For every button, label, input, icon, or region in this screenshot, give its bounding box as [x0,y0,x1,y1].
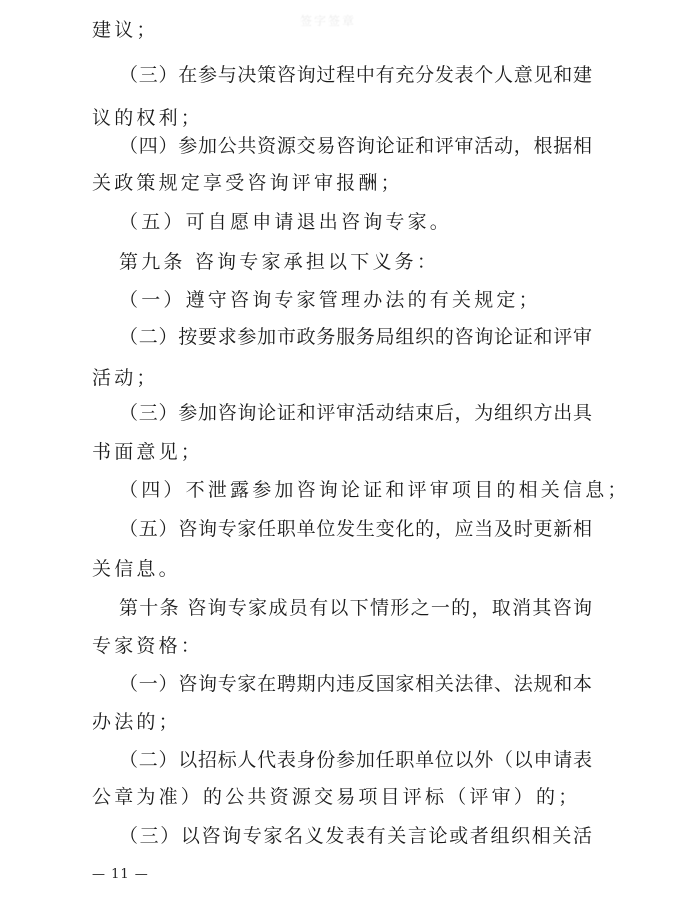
text-line: 关政策规定享受咨询评审报酬； [92,171,592,195]
text-line: 专家资格： [92,634,592,658]
text-line: （三）在参与决策咨询过程中有充分发表个人意见和建 [119,63,592,87]
document-page: 签字签章 建议； （三）在参与决策咨询过程中有充分发表个人意见和建 议的权利； … [0,0,692,900]
text-line: 书面意见； [92,440,592,464]
text-line: （一）遵守咨询专家管理办法的有关规定； [119,288,592,312]
text-line: （五）可自愿申请退出咨询专家。 [119,210,592,234]
text-line: （二）以招标人代表身份参加任职单位以外（以申请表 [119,748,592,772]
text-line: （四）不泄露参加咨询论证和评审项目的相关信息； [119,478,592,502]
text-line: 议的权利； [92,106,592,130]
text-line: 公章为准）的公共资源交易项目评标（评审）的； [92,785,592,809]
article-9-heading: 第九条 咨询专家承担以下义务： [119,250,592,274]
text-line: 关信息。 [92,557,592,581]
text-line: （三）以咨询专家名义发表有关言论或者组织相关活 [119,824,592,848]
text-line: （二）按要求参加市政务服务局组织的咨询论证和评审 [119,325,592,349]
text-line: （四）参加公共资源交易咨询论证和评审活动，根据相 [119,134,592,158]
text-line: （三）参加咨询论证和评审活动结束后，为组织方出具 [119,401,592,425]
text-line: 办法的； [92,710,592,734]
article-10-heading: 第十条 咨询专家成员有以下情形之一的，取消其咨询 [119,596,592,620]
page-number: — 11 — [92,867,149,882]
text-line: 建议； [92,18,592,42]
text-line: （一）咨询专家在聘期内违反国家相关法律、法规和本 [119,672,592,696]
text-line: （五）咨询专家任职单位发生变化的，应当及时更新相 [119,517,592,541]
text-line: 活动； [92,366,592,390]
